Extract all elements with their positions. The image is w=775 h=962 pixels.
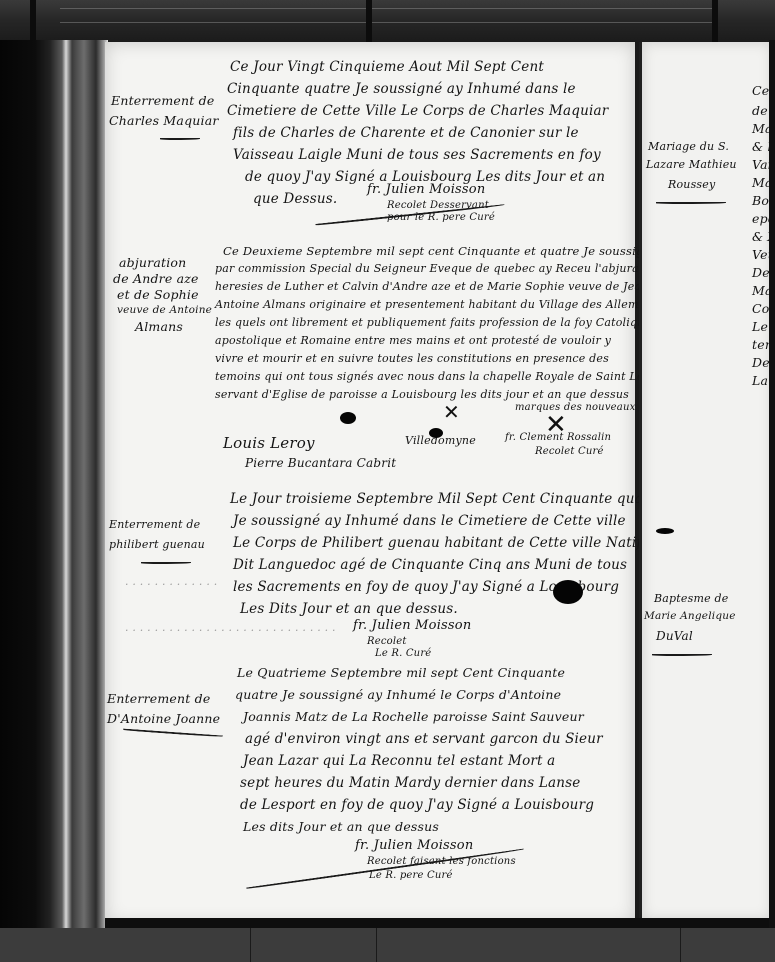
margin-heading: Charles Maquiar (109, 112, 219, 129)
margin-heading: philibert guenau (109, 536, 205, 553)
margin-heading: Mariage du S. (648, 138, 729, 155)
ink-blot (553, 580, 583, 604)
ink-blot (656, 528, 674, 534)
entry-line: Le Quatrieme Septembre mil sept Cent Cin… (237, 662, 565, 684)
entry-line: Ce Deuxieme Septembre mil sept cent Cinq… (223, 242, 658, 260)
margin-flourish (141, 562, 191, 564)
entry-line: Le Jour troisieme Septembre Mil Sept Cen… (230, 488, 663, 510)
margin-flourish (656, 202, 726, 204)
signature-title: Le R. pere Curé (369, 870, 453, 882)
entry-line: Antoine Almans originaire et presentemen… (215, 296, 659, 314)
cut-off-text: De (752, 354, 770, 371)
cut-off-text: Bo (752, 192, 769, 209)
entry-line: Les dits Jour et an que dessus (243, 816, 439, 838)
signature: fr. Julien Moisson (355, 838, 473, 853)
entry-line: Dit Languedoc agé de Cinquante Cinq ans … (233, 554, 627, 576)
register-page-left: 29 Enterrement de Charles Maquiar Ce Jou… (105, 42, 635, 924)
margin-heading: et de Sophie (117, 286, 199, 303)
signature: fr. Clement Rossalin (505, 432, 611, 444)
cross-mark: ✕ (443, 400, 460, 424)
cut-off-text: Ce (752, 82, 769, 99)
bleed-through-text: · · · · · · · · · · · · · (125, 578, 217, 591)
signature: fr. Julien Moisson (367, 182, 485, 197)
entry-line: Vaisseau Laigle Muni de tous ses Sacreme… (233, 144, 601, 166)
entry-line: Le Corps de Philibert guenau habitant de… (233, 532, 642, 554)
entry-line: que Dessus. (253, 188, 337, 210)
entry-line: Cimetiere de Cette Ville Le Corps de Cha… (227, 100, 608, 122)
entry-line: heresies de Luther et Calvin d'Andre aze… (215, 278, 649, 296)
entry-line: quatre Je soussigné ay Inhumé le Corps d… (235, 684, 561, 706)
entry-line: Je soussigné ay Inhumé dans le Cimetiere… (233, 510, 626, 532)
bleed-through-text: · · · · · · · · · · · · · · · · · · · · … (125, 624, 336, 637)
entry-line: Jean Lazar qui La Reconnu tel estant Mor… (243, 750, 555, 772)
cut-off-text: Le (752, 318, 768, 335)
margin-heading: Enterrement de (111, 92, 214, 109)
signature: fr. Julien Moisson (353, 618, 471, 633)
book-binding-spine (0, 40, 108, 930)
cut-off-text: de (752, 102, 768, 119)
margin-heading: Roussey (668, 176, 715, 193)
margin-flourish (160, 138, 200, 140)
signature-title: Recolet Curé (535, 446, 604, 458)
scanner-bottom-background (0, 928, 775, 962)
margin-heading: Enterrement de (109, 516, 200, 533)
entry-line: de Lesport en foy de quoy J'ay Signé a L… (240, 794, 594, 816)
entry-line: Joannis Matz de La Rochelle paroisse Sai… (243, 706, 584, 728)
register-page-right: Mariage du S. Lazare Mathieu Roussey Bap… (639, 42, 772, 920)
signature-title: Recolet (367, 636, 407, 648)
entry-line: les quels ont librement et publiquement … (215, 314, 651, 332)
scanner-top-background (0, 0, 775, 42)
entry-line: fils de Charles de Charente et de Canoni… (233, 122, 579, 144)
entry-line: temoins qui ont tous signés avec nous da… (215, 368, 661, 386)
entry-line: agé d'environ vingt ans et servant garco… (245, 728, 603, 750)
signature: Pierre Bucantara Cabrit (245, 456, 396, 470)
margin-flourish (123, 729, 223, 738)
ink-blot (429, 428, 443, 438)
entry-line: Cinquante quatre Je soussigné ay Inhumé … (227, 78, 576, 100)
margin-heading: abjuration (119, 254, 186, 271)
margin-heading: Almans (135, 318, 183, 335)
margin-heading: Marie Angelique (644, 608, 736, 625)
cut-off-text: La (752, 372, 768, 389)
ink-blot (340, 412, 356, 424)
entry-line: sept heures du Matin Mardy dernier dans … (240, 772, 581, 794)
margin-heading: Lazare Mathieu (646, 156, 737, 173)
signature: Louis Leroy (223, 434, 315, 452)
scan-right-edge (769, 40, 775, 930)
margin-heading: de Andre aze (113, 270, 199, 287)
entry-line: apostolique et Romaine entre mes mains e… (215, 332, 611, 350)
signature-title: Le R. Curé (375, 648, 431, 660)
margin-heading: veuve de Antoine (117, 302, 212, 319)
margin-heading: D'Antoine Joanne (107, 710, 220, 727)
entry-line: par commission Special du Seigneur Evequ… (215, 260, 685, 278)
entry-line: Les Dits Jour et an que dessus. (240, 598, 458, 620)
margin-heading: Baptesme de (654, 590, 728, 607)
margin-heading: Enterrement de (107, 690, 210, 707)
entry-line: Ce Jour Vingt Cinquieme Aout Mil Sept Ce… (230, 56, 544, 78)
cut-off-text: De (752, 264, 770, 281)
entry-line: vivre et mourir et en suivre toutes les … (215, 350, 609, 368)
margin-heading: DuVal (656, 628, 693, 645)
margin-flourish (652, 654, 712, 656)
signature-title: Recolet faisant les fonctions (367, 856, 516, 868)
signature-flourish (246, 849, 524, 890)
